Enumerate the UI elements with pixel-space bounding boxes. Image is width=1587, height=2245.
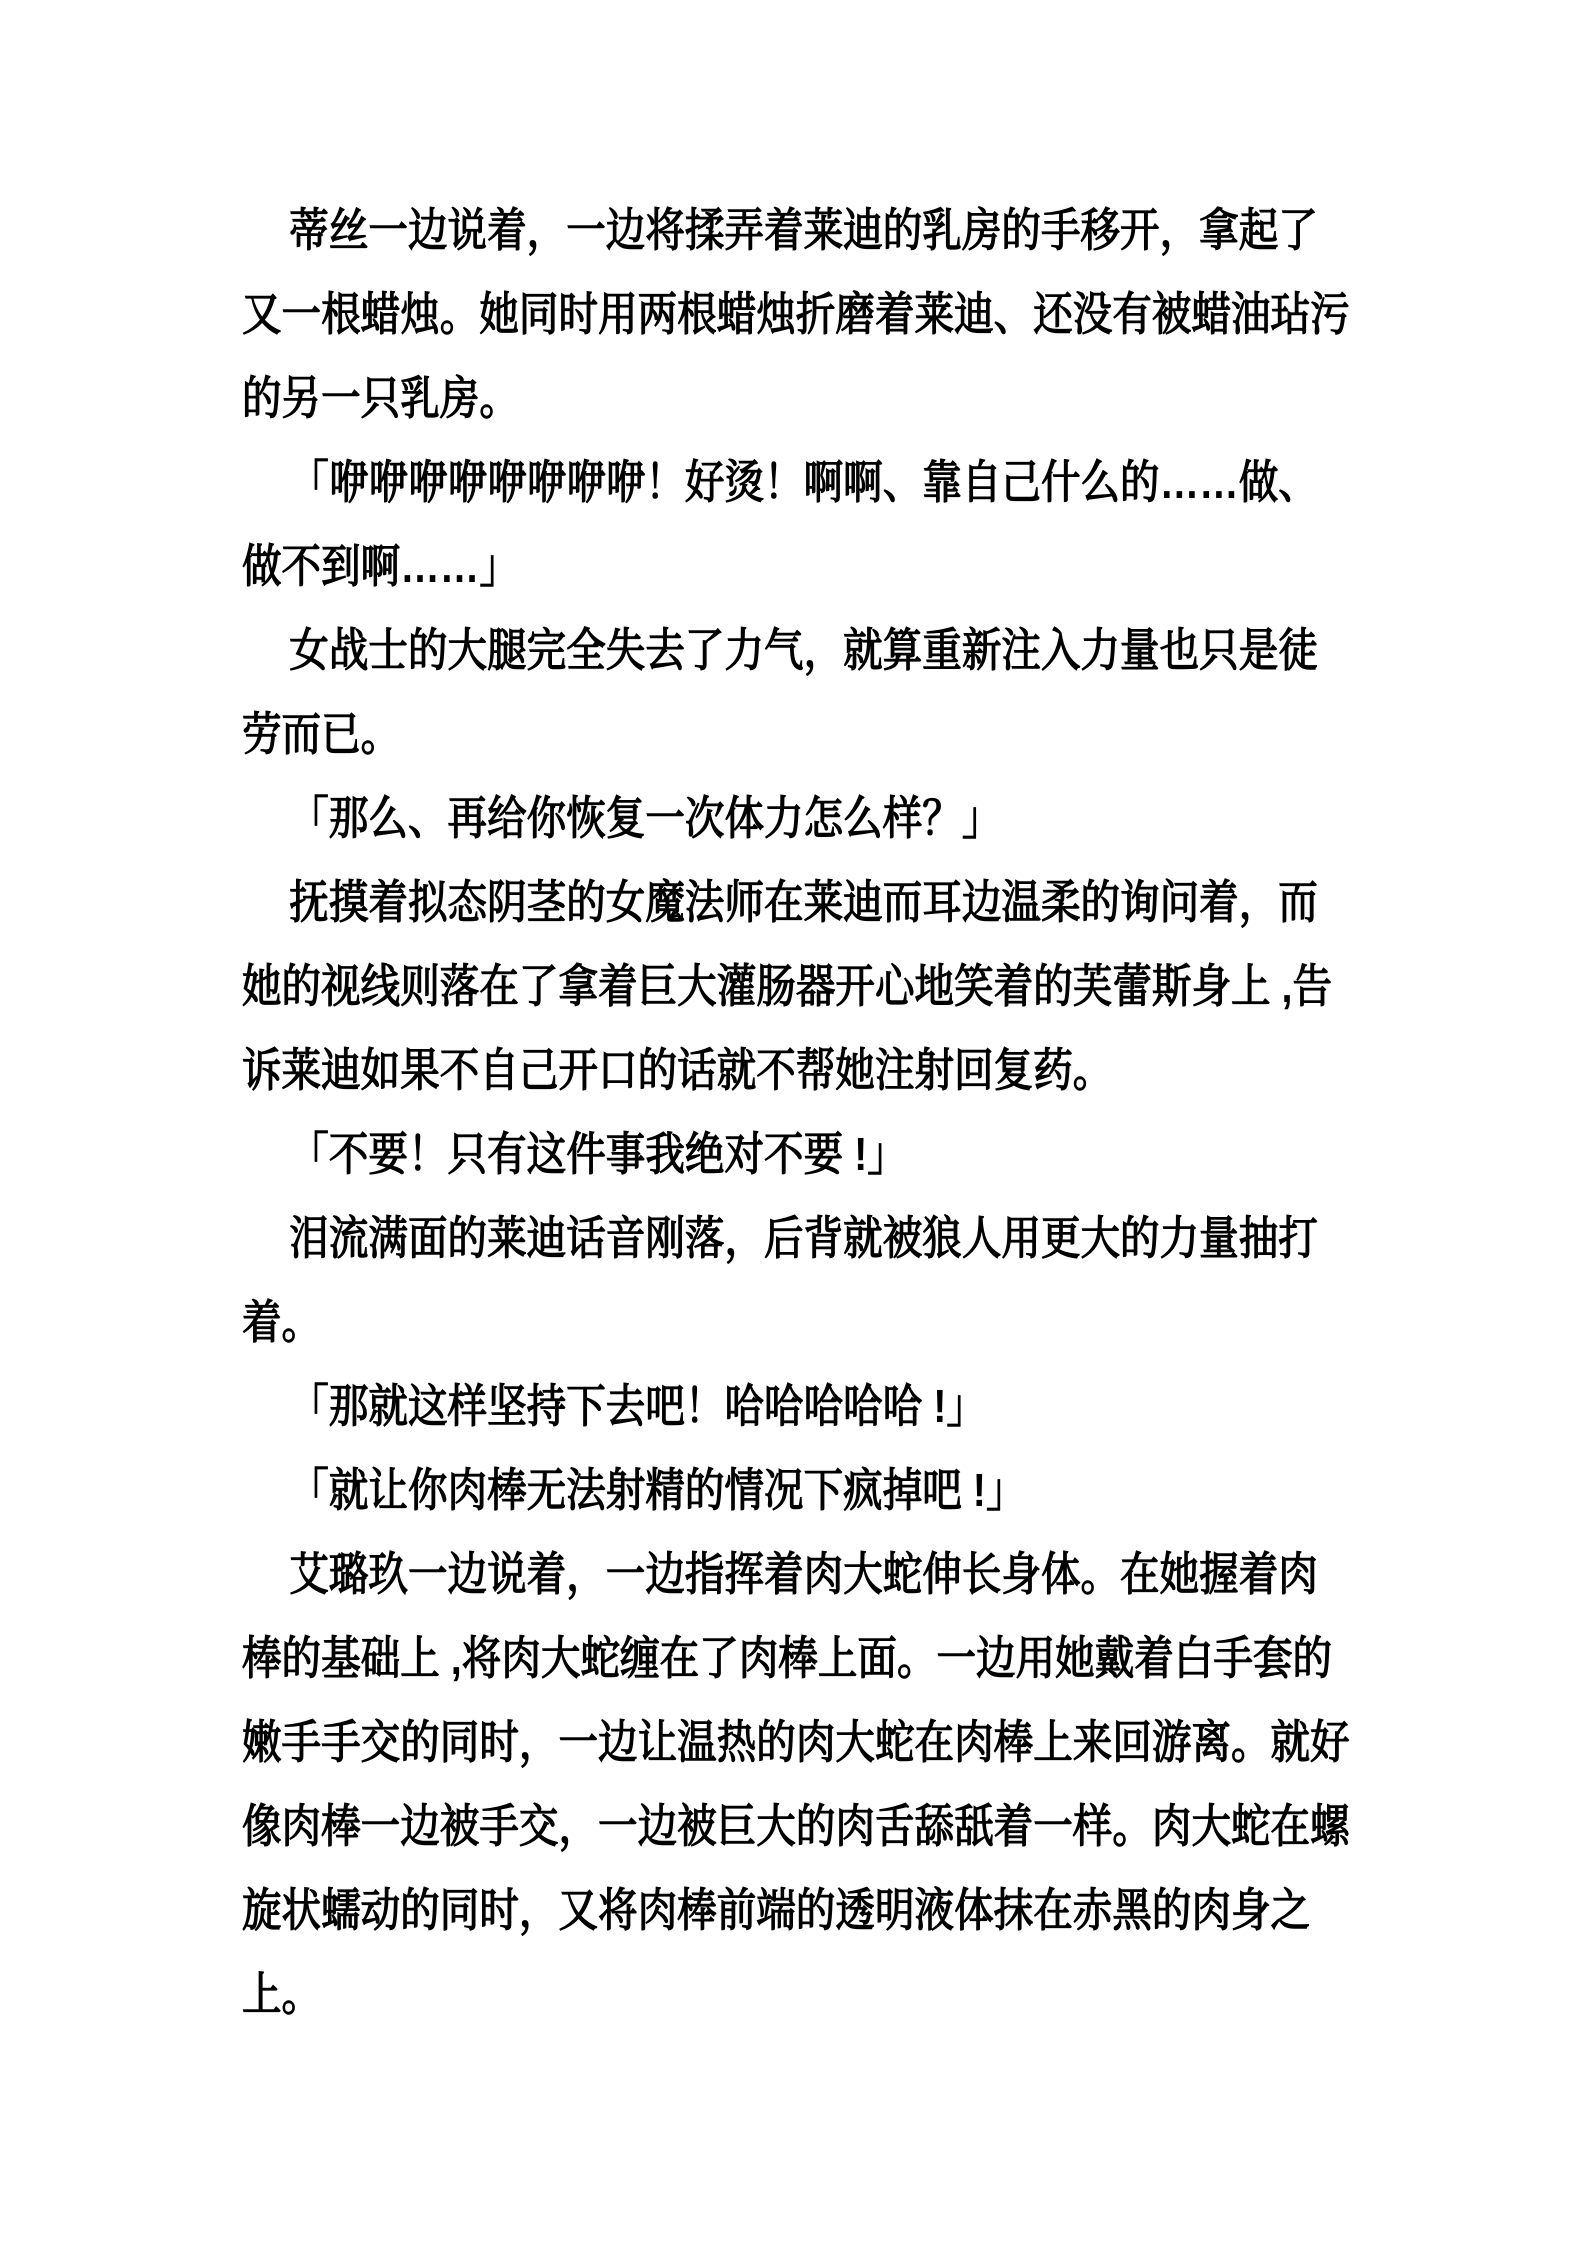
- text-line: 艾璐玖一边说着，一边指挥着肉大蛇伸长身体。在她握着肉: [242, 1532, 1360, 1616]
- paragraph: 「咿咿咿咿咿咿咿咿！好烫！啊啊、靠自己什么的……做、做不到啊……」: [242, 440, 1360, 608]
- text-line: 女战士的大腿完全失去了力气，就算重新注入力量也只是徒: [242, 608, 1360, 692]
- text-line: 做不到啊……」: [242, 524, 1360, 608]
- text-line: 的另一只乳房。: [242, 356, 1360, 440]
- text-line: 着。: [242, 1280, 1360, 1364]
- text-line: 像肉棒一边被手交，一边被巨大的肉舌舔舐着一样。肉大蛇在螺: [242, 1784, 1360, 1868]
- text-line: 她的视线则落在了拿着巨大灌肠器开心地笑着的芙蕾斯身上 ,告: [242, 944, 1360, 1028]
- paragraph: 「就让你肉棒无法射精的情况下疯掉吧 !」: [242, 1448, 1360, 1532]
- text-line: 「咿咿咿咿咿咿咿咿！好烫！啊啊、靠自己什么的……做、: [242, 440, 1360, 524]
- paragraph: 泪流满面的莱迪话音刚落，后背就被狼人用更大的力量抽打着。: [242, 1196, 1360, 1364]
- text-line: 上。: [242, 1952, 1360, 2036]
- paragraph: 蒂丝一边说着，一边将揉弄着莱迪的乳房的手移开，拿起了又一根蜡烛。她同时用两根蜡烛…: [242, 188, 1360, 440]
- text-line: 蒂丝一边说着，一边将揉弄着莱迪的乳房的手移开，拿起了: [242, 188, 1360, 272]
- paragraph: 女战士的大腿完全失去了力气，就算重新注入力量也只是徒劳而已。: [242, 608, 1360, 776]
- paragraph: 「不要！只有这件事我绝对不要 !」: [242, 1112, 1360, 1196]
- text-column: 蒂丝一边说着，一边将揉弄着莱迪的乳房的手移开，拿起了又一根蜡烛。她同时用两根蜡烛…: [242, 188, 1360, 2036]
- text-line: 「那就这样坚持下去吧！哈哈哈哈哈 !」: [242, 1364, 1360, 1448]
- text-line: 嫩手手交的同时，一边让温热的肉大蛇在肉棒上来回游离。就好: [242, 1700, 1360, 1784]
- text-line: 棒的基础上 ,将肉大蛇缠在了肉棒上面。一边用她戴着白手套的: [242, 1616, 1360, 1700]
- text-line: 劳而已。: [242, 692, 1360, 776]
- paragraph: 抚摸着拟态阴茎的女魔法师在莱迪而耳边温柔的询问着，而她的视线则落在了拿着巨大灌肠…: [242, 860, 1360, 1112]
- document-page: 蒂丝一边说着，一边将揉弄着莱迪的乳房的手移开，拿起了又一根蜡烛。她同时用两根蜡烛…: [0, 0, 1587, 2245]
- text-line: 又一根蜡烛。她同时用两根蜡烛折磨着莱迪、还没有被蜡油玷污: [242, 272, 1360, 356]
- text-line: 泪流满面的莱迪话音刚落，后背就被狼人用更大的力量抽打: [242, 1196, 1360, 1280]
- text-line: 「那么、再给你恢复一次体力怎么样？」: [242, 776, 1360, 860]
- text-line: 诉莱迪如果不自己开口的话就不帮她注射回复药。: [242, 1028, 1360, 1112]
- text-line: 旋状蠕动的同时，又将肉棒前端的透明液体抹在赤黑的肉身之: [242, 1868, 1360, 1952]
- paragraph: 「那就这样坚持下去吧！哈哈哈哈哈 !」: [242, 1364, 1360, 1448]
- text-line: 「不要！只有这件事我绝对不要 !」: [242, 1112, 1360, 1196]
- text-line: 「就让你肉棒无法射精的情况下疯掉吧 !」: [242, 1448, 1360, 1532]
- paragraph: 「那么、再给你恢复一次体力怎么样？」: [242, 776, 1360, 860]
- text-line: 抚摸着拟态阴茎的女魔法师在莱迪而耳边温柔的询问着，而: [242, 860, 1360, 944]
- paragraph: 艾璐玖一边说着，一边指挥着肉大蛇伸长身体。在她握着肉棒的基础上 ,将肉大蛇缠在了…: [242, 1532, 1360, 2036]
